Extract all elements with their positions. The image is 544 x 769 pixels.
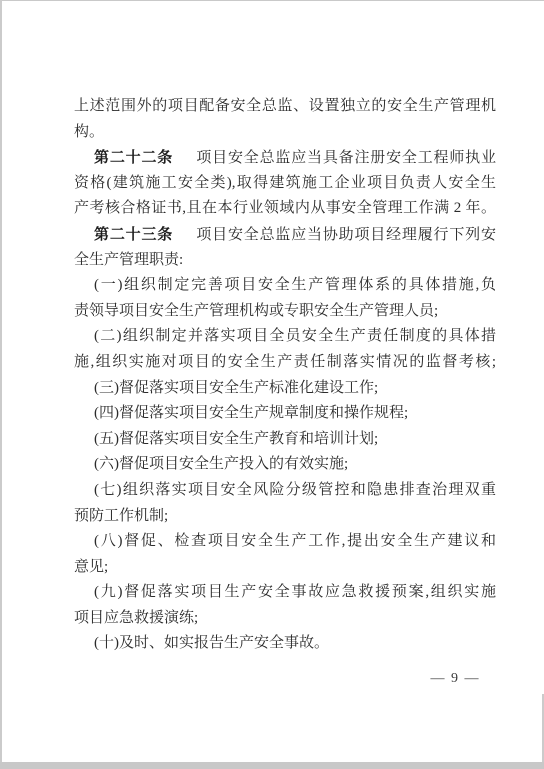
line-12-clause-3: (三)督促落实项目安全生产标准化建设工作;: [74, 376, 496, 402]
line-05-article-22-body: 产考核合格证书,且在本行业领域内从事安全管理工作满 2 年。: [74, 196, 496, 222]
document-page: 上述范围外的项目配备安全总监、设置独立的安全生产管理机 构。 第二十二条项目安全…: [74, 94, 496, 657]
line-21-clause-9: 项目应急救援演练;: [74, 606, 496, 632]
line-07-article-23-body: 全生产管理职责:: [74, 248, 496, 274]
page-left-edge: [0, 0, 2, 769]
line-10-clause-2: (二)组织制定并落实项目全员安全生产责任制度的具体措: [74, 324, 496, 350]
line-20-clause-9: (九)督促落实项目生产安全事故应急救援预案,组织实施: [74, 580, 496, 606]
line-04-article-22-body: 资格(建筑施工安全类),取得建筑施工企业项目负责人安全生: [74, 171, 496, 197]
article-22-text: 项目安全总监应当具备注册安全工程师执业: [196, 150, 496, 166]
article-23-text: 项目安全总监应当协助项目经理履行下列安: [196, 227, 496, 243]
line-16-clause-7: (七)组织落实项目安全风险分级管控和隐患排查治理双重: [74, 478, 496, 504]
article-22-label: 第二十二条: [94, 149, 173, 166]
line-03-article-22-heading: 第二十二条项目安全总监应当具备注册安全工程师执业: [74, 145, 496, 171]
line-13-clause-4: (四)督促落实项目安全生产规章制度和操作规程;: [74, 401, 496, 427]
page-number: — 9 —: [431, 671, 481, 687]
line-01-continuation: 上述范围外的项目配备安全总监、设置独立的安全生产管理机: [74, 94, 496, 120]
line-14-clause-5: (五)督促落实项目安全生产教育和培训计划;: [74, 427, 496, 453]
page-bottom-edge: [0, 762, 544, 769]
line-18-clause-8: (八)督促、检查项目安全生产工作,提出安全生产建议和: [74, 529, 496, 555]
line-19-clause-8: 意见;: [74, 555, 496, 581]
line-11-clause-2: 施,组织实施对项目的安全生产责任制落实情况的监督考核;: [74, 350, 496, 376]
line-09-clause-1: 责领导项目安全生产管理机构或专职安全生产管理人员;: [74, 299, 496, 325]
page-top-edge: [0, 0, 544, 1]
line-08-clause-1: (一)组织制定完善项目安全生产管理体系的具体措施,负: [74, 273, 496, 299]
article-23-label: 第二十三条: [94, 226, 173, 243]
line-15-clause-6: (六)督促项目安全生产投入的有效实施;: [74, 452, 496, 478]
line-02-continuation: 构。: [74, 120, 496, 146]
line-22-clause-10: (十)及时、如实报告生产安全事故。: [74, 631, 496, 657]
line-06-article-23-heading: 第二十三条项目安全总监应当协助项目经理履行下列安: [74, 222, 496, 248]
line-17-clause-7: 预防工作机制;: [74, 504, 496, 530]
